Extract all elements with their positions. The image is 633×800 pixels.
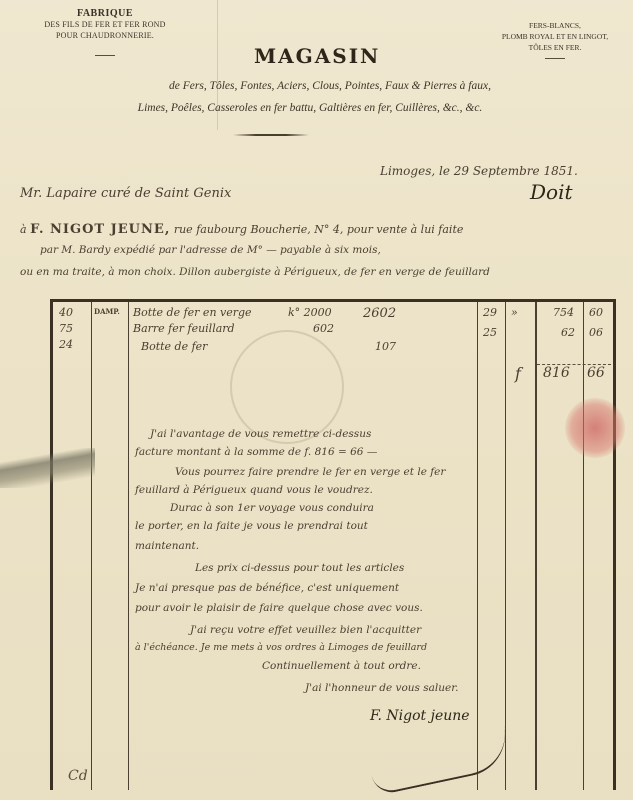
row-3-weight: 107	[375, 340, 396, 353]
letterhead-right: FERS-BLANCS, PLOMB ROYAL ET EN LINGOT, T…	[480, 20, 630, 59]
letter-line-12: à l'échéance. Je me mets à vos ordres à …	[135, 642, 427, 653]
row-1-rate-unit: »	[511, 306, 518, 319]
goods-line-1: de Fers, Tôles, Fontes, Aciers, Clous, P…	[70, 80, 590, 92]
row-3-description: Botte de fer	[141, 340, 207, 353]
paper-stain	[0, 448, 95, 488]
row-2-description: Barre fer feuillard	[133, 322, 235, 335]
divider	[545, 58, 565, 59]
row-3-qty: 24	[59, 338, 73, 351]
letter-line-11: J'ai reçu votre effet veuillez bien l'ac…	[190, 624, 421, 636]
row-2-qty: 75	[59, 322, 73, 335]
column-divider	[477, 302, 478, 790]
merchant-line-2: par M. Bardy expédié par l'adresse de M°…	[40, 244, 381, 256]
merchant-address: rue faubourg Boucherie, N° 4, pour vente…	[174, 223, 464, 236]
letter-line-8: Les prix ci-dessus pour tout les article…	[195, 562, 404, 574]
column-divider	[505, 302, 506, 790]
goods-line-2: Limes, Poêles, Casseroles en fer battu, …	[50, 102, 570, 114]
row-1-qty: 40	[59, 306, 73, 319]
letter-line-2: facture montant à la somme de f. 816 = 6…	[135, 446, 377, 458]
letterhead-title: MAGASIN	[254, 44, 380, 68]
row-1-unit: DAMP.	[94, 307, 120, 316]
ornament-divider	[233, 134, 309, 136]
signature: F. Nigot jeune	[370, 708, 470, 724]
merchant-line-3: ou en ma traite, à mon choix. Dillon aub…	[20, 266, 490, 278]
total-cents: 66	[587, 365, 605, 381]
letterhead-left-line2: POUR CHAUDRONNERIE.	[30, 30, 180, 41]
total-amount: 816	[543, 365, 570, 381]
merchant-prefix: à	[20, 223, 27, 236]
letter-line-4: feuillard à Périgueux quand vous le voud…	[135, 484, 373, 496]
row-2-amount: 62	[561, 326, 575, 339]
letterhead-left: FABRIQUE DES FILS DE FER ET FER ROND POU…	[30, 8, 180, 56]
row-1-description: Botte de fer en verge	[133, 306, 252, 319]
row-2-cents: 06	[589, 326, 603, 339]
row-1-weight-note: k° 2000	[288, 306, 332, 319]
row-1-amount: 754	[553, 306, 574, 319]
column-divider	[535, 302, 537, 790]
letter-line-6: le porter, en la faite je vous le prendr…	[135, 520, 368, 532]
letter-line-14: J'ai l'honneur de vous saluer.	[305, 682, 458, 694]
letter-line-7: maintenant.	[135, 540, 199, 552]
postal-stamp-faint	[230, 330, 344, 444]
letterhead-left-title: FABRIQUE	[30, 8, 180, 19]
divider	[95, 55, 115, 56]
wax-seal-red	[565, 398, 625, 458]
date-line: Limoges, le 29 Septembre 1851.	[380, 164, 578, 178]
letterhead-right-line3: TÔLES EN FER.	[480, 42, 630, 53]
letterhead-right-line2: PLOMB ROYAL ET EN LINGOT,	[480, 31, 630, 42]
letter-line-10: pour avoir le plaisir de faire quelque c…	[135, 602, 423, 614]
letterhead-right-line1: FERS-BLANCS,	[480, 20, 630, 31]
column-divider	[128, 302, 129, 790]
column-divider	[583, 302, 584, 790]
column-divider	[91, 302, 92, 790]
letter-line-5: Durac à son 1er voyage vous conduira	[170, 502, 374, 514]
row-2-weight-note: 602	[313, 322, 334, 335]
merchant-line: à F. NIGOT JEUNE, rue faubourg Boucherie…	[20, 222, 630, 237]
letter-line-13: Continuellement à tout ordre.	[262, 660, 421, 672]
doit-heading: Doit	[530, 180, 573, 204]
merchant-firm: F. NIGOT JEUNE,	[30, 222, 170, 237]
row-1-weight: 2602	[363, 306, 396, 321]
row-1-cents: 60	[589, 306, 603, 319]
total-symbol: f	[515, 364, 521, 383]
letterhead-left-line1: DES FILS DE FER ET FER ROND	[30, 19, 180, 30]
row-2-rate: 25	[483, 326, 497, 339]
letter-line-9: Je n'ai presque pas de bénéfice, c'est u…	[135, 582, 399, 594]
margin-annotation: Cd	[68, 768, 88, 784]
row-1-rate: 29	[483, 306, 497, 319]
letter-line-1: J'ai l'avantage de vous remettre ci-dess…	[150, 428, 371, 440]
letter-line-3: Vous pourrez faire prendre le fer en ver…	[175, 466, 445, 478]
